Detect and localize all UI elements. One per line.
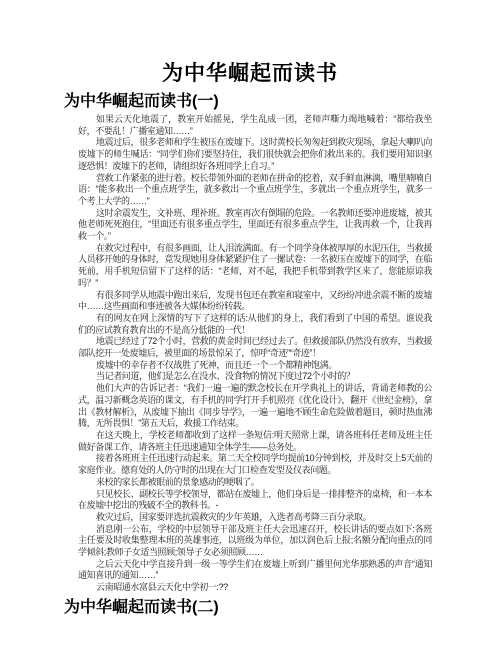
signature-line: 云南昭通水富县云天化中学初一:?? — [78, 582, 432, 594]
paragraph-4: 这时余震发生，文补班、理补班。教室再次有倒塌的危险。一名教师还要冲进废墟，被其他… — [78, 208, 432, 243]
paragraph-10: 当记者问道，他们是怎么在没水、没食物的情况下度过72个小时的？ — [78, 371, 432, 383]
paragraph-7: 有的网友在网上深情的写下了这样的话:从他们的身上，我们看到了中国的希望。谁说我们… — [78, 313, 432, 336]
paragraph-17: 消息刚一公布，学校的中层领导干部及班主任大会迅速召开，校长讲话的要点如下:各班主… — [78, 524, 432, 559]
paragraph-5: 在救灾过程中，有很多画面，让人泪流满面。有一个同学身体被厚厚的水泥压住，当救援人… — [78, 243, 432, 290]
paragraph-1: 如果云天化地震了，教室开始摇晃，学生乱成一团，老师声嘶力竭地喊着：“都给我坐好，… — [78, 114, 432, 137]
document-page: 为中华崛起而读书 为中华崛起而读书(一) 如果云天化地震了，教室开始摇晃，学生乱… — [0, 0, 500, 647]
paragraph-11: 他们大声的告诉记者：“我们一遍一遍的默念校长在开学典礼上的讲话，背诵老师教的公式… — [78, 383, 432, 430]
paragraph-6: 有很多同学从地震中跑出来后，发现书包还在教室和寝室中，又纷纷冲进余震不断的废墟中… — [78, 290, 432, 313]
paragraph-15: 只见校长、副校长等学校领导，都站在废墟上，他们身后是一排排整齐的桌椅，和一本本在… — [78, 489, 432, 512]
paragraph-14: 来校的家长都被眼前的景象感动的哽咽了。 — [78, 477, 432, 489]
paragraph-3: 营救工作紧张的进行着。校长带领外面的老师在拼命的挖着，双手鲜血淋漓，嘴里喃喃自语… — [78, 173, 432, 208]
section-1-body: 如果云天化地震了，教室开始摇晃，学生乱成一团，老师声嘶力竭地喊着：“都给我坐好，… — [78, 114, 432, 594]
paragraph-8: 地震已经过了72个小时，营救的黄金时间已经过去了。但救援部队仍然没有放弃，当救援… — [78, 336, 432, 359]
paragraph-18: 之后云天化中学直接升到一级一等学生们在废墟上听到广播里何光华那熟悉的声音“通知通… — [78, 559, 432, 582]
section-2-heading: 为中华崛起而读书(二) — [64, 598, 500, 618]
paragraph-2: 地震过后，很多老师和学生被压在废墟下。这时黄校长匆匆赶到救灾现场，拿起大喇叭向废… — [78, 137, 432, 172]
paragraph-16: 救灾过后，国家要评选抗震救灾的少年英雄，入选者高考降三百分录取。 — [78, 512, 432, 524]
paragraph-12: 在这天晚上，学校老师都收到了这样一条短信:明天照常上课，请各班科任老师及班主任做… — [78, 430, 432, 453]
document-title: 为中华崛起而读书 — [0, 60, 500, 87]
paragraph-9: 废墟中的幸存者不仅战胜了死神，而且还一个一个都精神饱满。 — [78, 360, 432, 372]
paragraph-13: 接着各班班主任迅速行动起来。第二天全校同学均提前10分钟到校，并及时交上5天前的… — [78, 453, 432, 476]
section-1-heading: 为中华崛起而读书(一) — [64, 92, 500, 112]
